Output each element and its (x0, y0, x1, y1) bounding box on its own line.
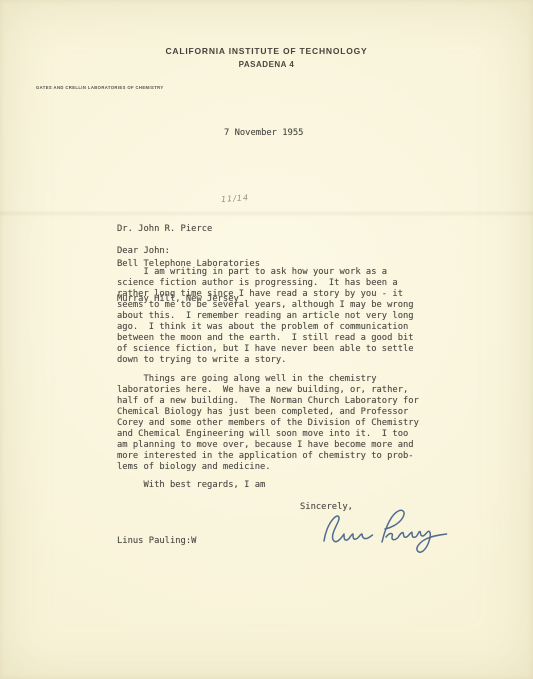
letter-page: CALIFORNIA INSTITUTE OF TECHNOLOGY PASAD… (0, 0, 533, 679)
letterhead-city-line: PASADENA 4 (0, 60, 533, 69)
letterhead-institution: CALIFORNIA INSTITUTE OF TECHNOLOGY (0, 46, 533, 56)
salutation: Dear John: (117, 246, 170, 257)
recipient-name: Dr. John R. Pierce (117, 224, 260, 236)
paper-fold-crease (0, 210, 533, 217)
letterhead-department: GATES AND CRELLIN LABORATORIES OF CHEMIS… (36, 85, 164, 90)
letter-date: 7 November 1955 (224, 128, 303, 139)
typist-reference-line: Linus Pauling:W (117, 536, 196, 547)
body-paragraph-2: Things are going along well in the chemi… (117, 374, 419, 473)
body-paragraph-1: I am writing in part to ask how your wor… (117, 267, 414, 366)
closing-phrase: With best regards, I am (117, 480, 265, 491)
handwritten-signature (318, 501, 453, 557)
